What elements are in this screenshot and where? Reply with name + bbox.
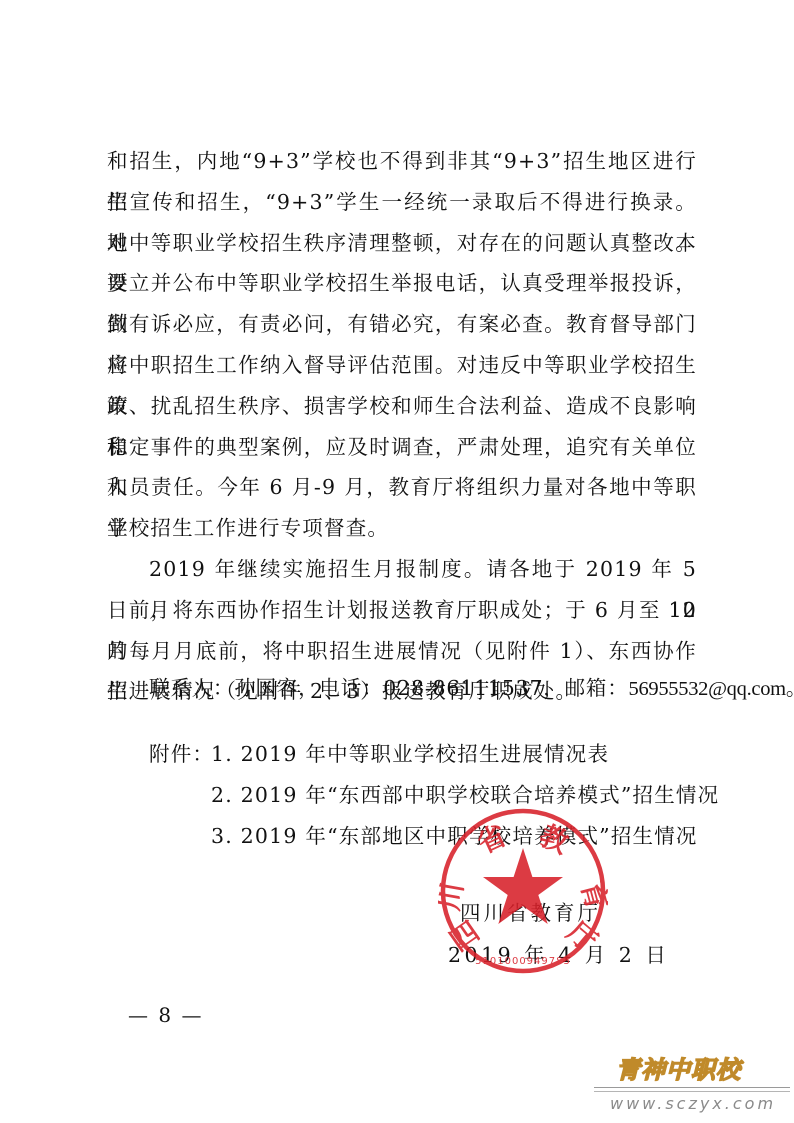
text-line: 地中等职业学校招生秩序清理整顿，对存在的问题认真整改。要 (107, 223, 697, 264)
watermark-divider (594, 1091, 790, 1092)
issue-date: 2019 年 4 月 2 日 (448, 938, 669, 968)
text-line: 设立并公布中等职业学校招生举报电话，认真受理举报投诉，做 (107, 263, 697, 304)
text-line: 生宣传和招生，“9+3”学生一经统一录取后不得进行换录。对本 (107, 182, 697, 223)
text-line: 日前，将东西协作招生计划报送教育厅职成处；于 6 月至 12 月 (107, 590, 697, 631)
contact-email: 56955532@qq.com (629, 678, 786, 700)
page-number: — 8 — (128, 1003, 203, 1027)
watermark-url: www.sczyx.com (610, 1094, 776, 1113)
attachment-item: 2. 2019 年“东西部中职学校联合培养模式”招生情况 (211, 775, 719, 816)
contact-end: 。 (786, 676, 794, 700)
text-line: 人员责任。今年 6 月-9 月，教育厅将组织力量对各地中等职业 (107, 467, 697, 508)
watermark-title: 青神中职校 (616, 1050, 741, 1085)
text-line: 学校招生工作进行专项督查。 (107, 508, 697, 549)
site-watermark: 青神中职校 www.sczyx.com (588, 1050, 788, 1120)
body-text: 和招生，内地“9+3”学校也不得到非其“9+3”招生地区进行招 生宣传和招生，“… (107, 141, 697, 712)
attachments-label: 附件： (149, 734, 214, 775)
issuer-signature: 四川省教育厅 (460, 896, 601, 926)
text-line: 将中职招生工作纳入督导评估范围。对违反中等职业学校招生政 (107, 345, 697, 386)
text-line: 2019 年继续实施招生月报制度。请各地于 2019 年 5 月 10 (107, 549, 697, 590)
contact-line: 联系人：孙国容，电话：028-86111537，邮箱：56955532@qq.c… (149, 671, 794, 701)
contact-label: 联系人：孙国容，电话：028-86111537，邮箱： (149, 676, 629, 700)
text-line: 策、扰乱招生秩序、损害学校和师生合法利益、造成不良影响和 (107, 386, 697, 427)
text-line: 稳定事件的典型案例，应及时调查，严肃处理，追究有关单位和 (107, 427, 697, 468)
text-line: 和招生，内地“9+3”学校也不得到非其“9+3”招生地区进行招 (107, 141, 697, 182)
watermark-divider (594, 1087, 790, 1088)
document-page: 和招生，内地“9+3”学校也不得到非其“9+3”招生地区进行招 生宣传和招生，“… (0, 0, 794, 1123)
attachment-item: 1. 2019 年中等职业学校招生进展情况表 (211, 734, 609, 775)
attachment-item: 3. 2019 年“东部地区中职学校培养模式”招生情况 (211, 816, 698, 857)
text-line: 的每月月底前，将中职招生进展情况（见附件 1）、东西协作招 (107, 631, 697, 672)
text-line: 到有诉必应，有责必问，有错必究，有案必查。教育督导部门应 (107, 304, 697, 345)
